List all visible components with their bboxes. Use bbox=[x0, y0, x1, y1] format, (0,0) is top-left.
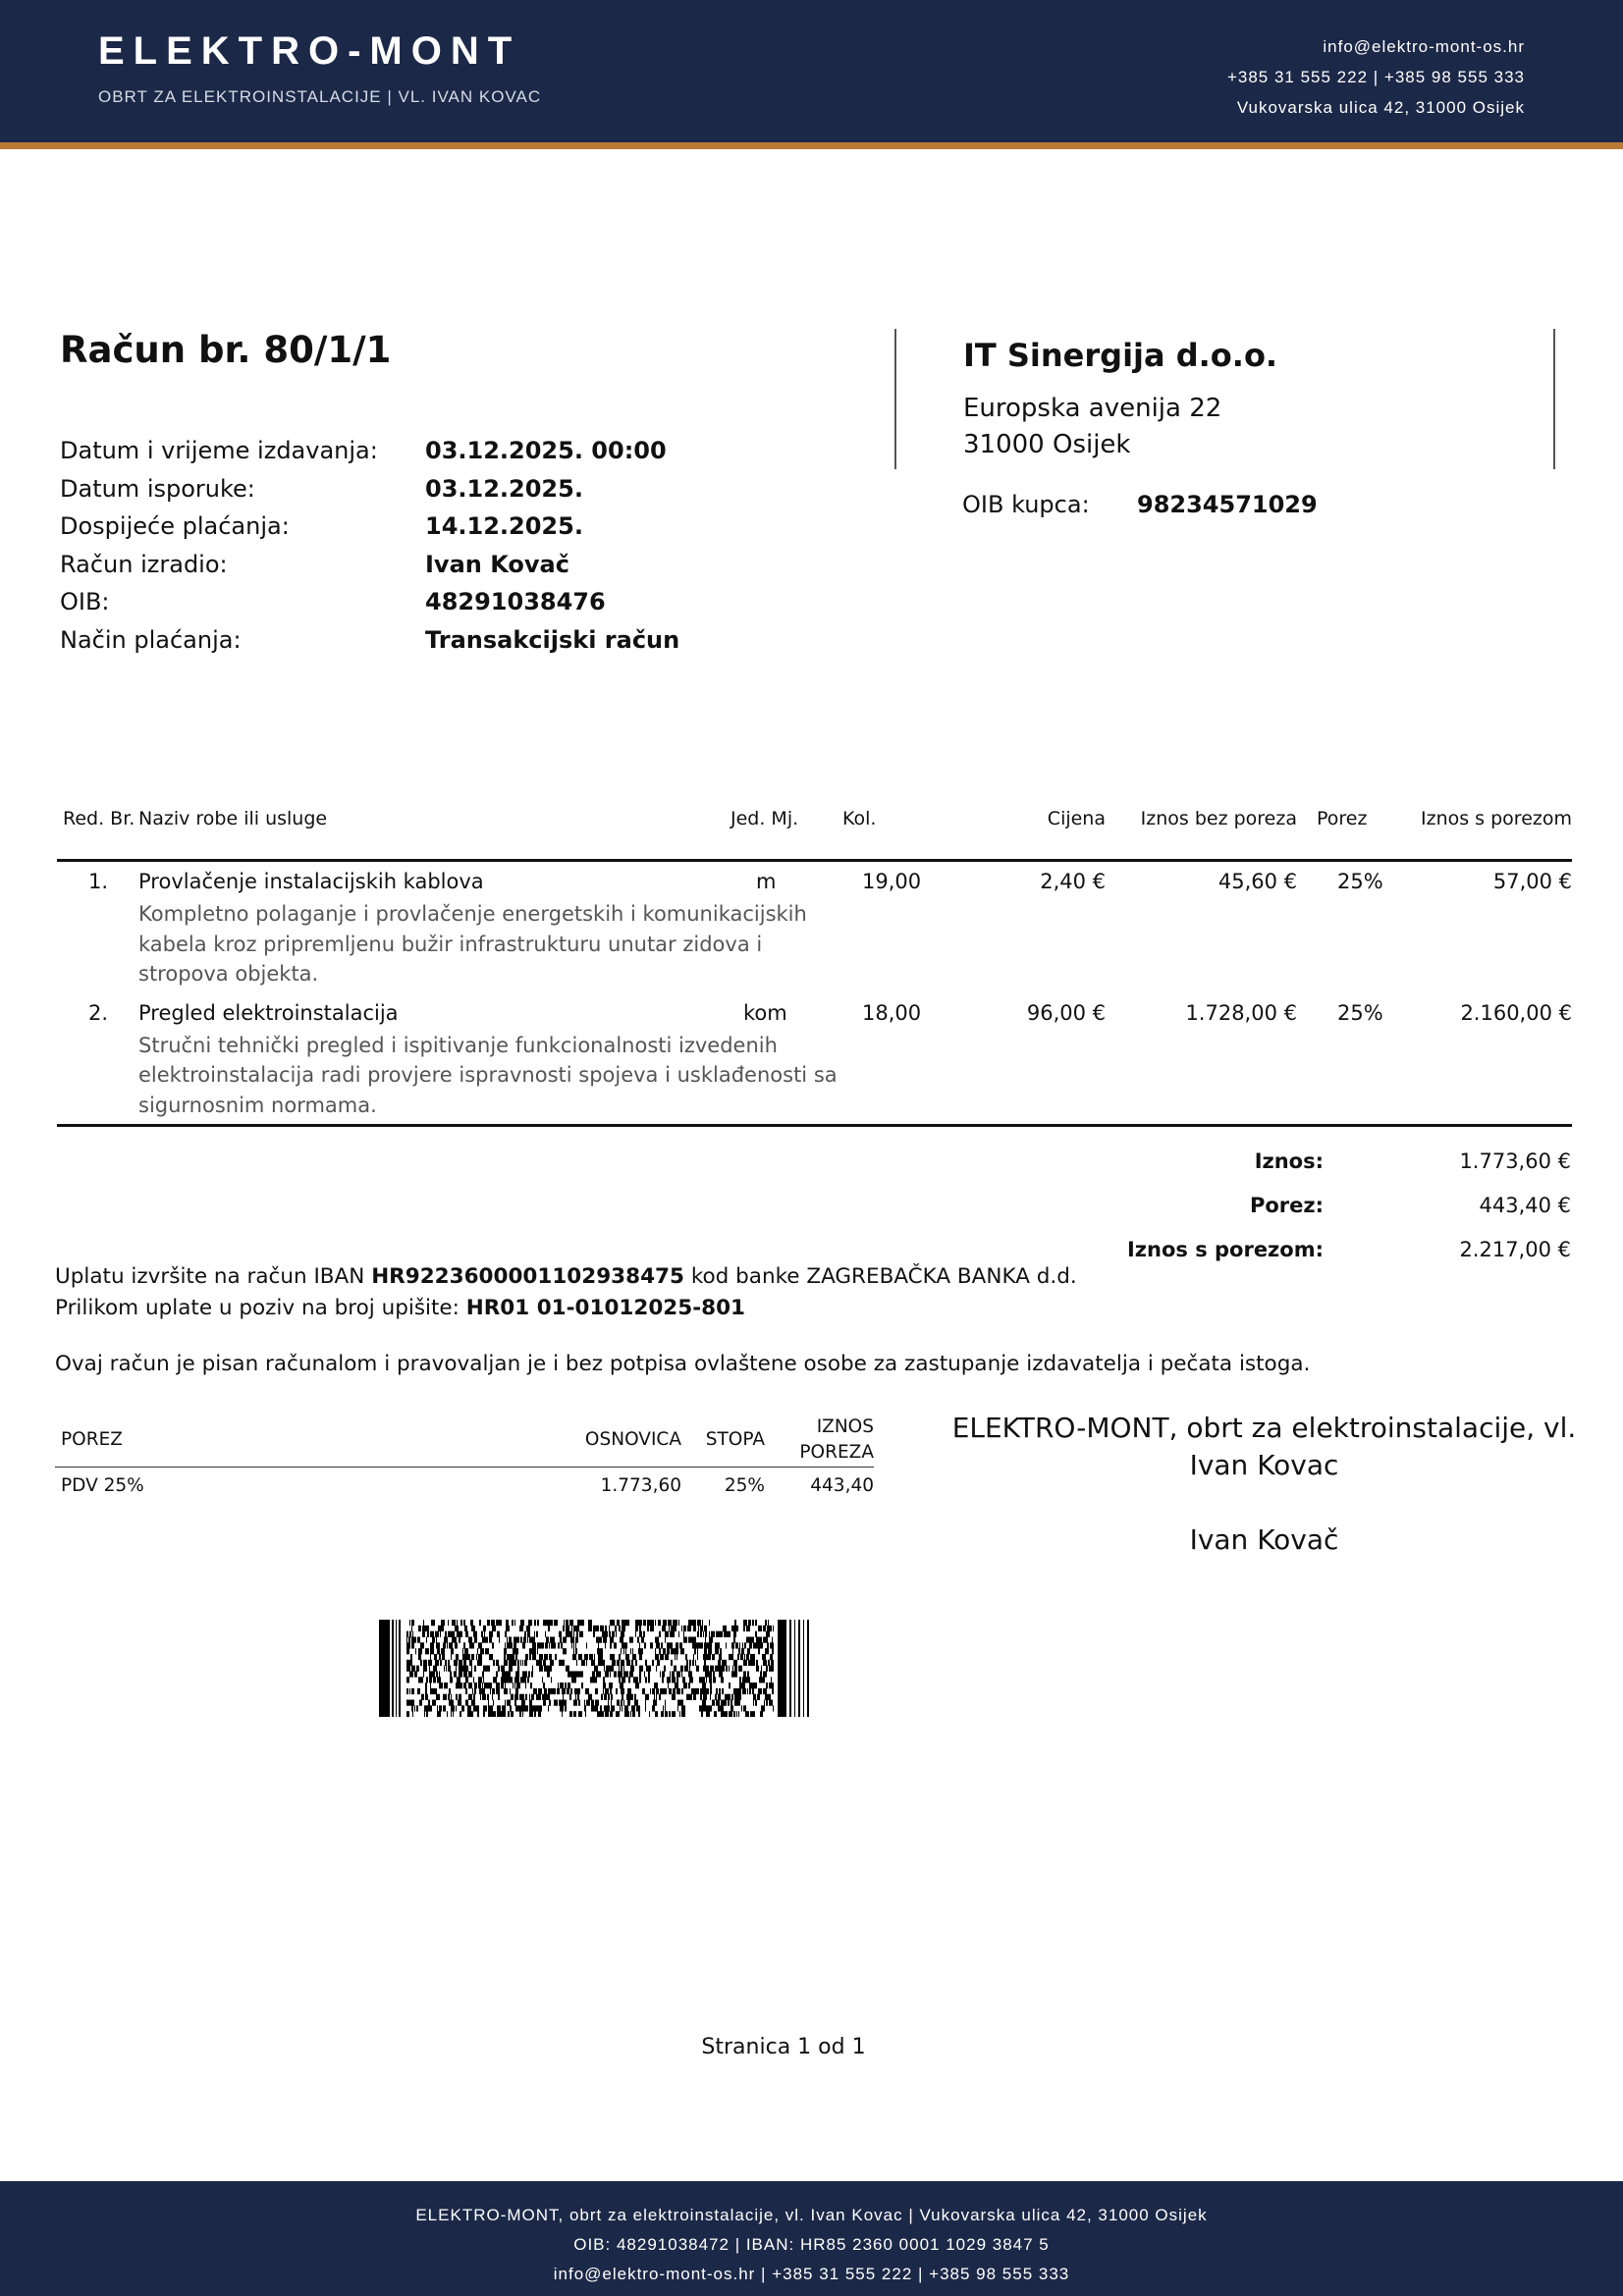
meta-row-oib: OIB: 48291038476 bbox=[60, 583, 679, 621]
meta-label: Račun izradio: bbox=[60, 546, 425, 584]
total-tax-label: Porez: bbox=[1080, 1194, 1324, 1217]
buyer-box: IT Sinergija d.o.o. Europska avenija 22 … bbox=[894, 329, 1555, 469]
table-row: 1. Provlačenje instalacijskih kablova m … bbox=[57, 870, 1572, 989]
item-net: 1.728,00 € bbox=[1185, 1001, 1297, 1025]
payment-iban-line: Uplatu izvršite na račun IBAN HR92236000… bbox=[55, 1261, 1077, 1293]
brand-subtitle: OBRT ZA ELEKTROINSTALACIJE | VL. IVAN KO… bbox=[98, 87, 541, 107]
item-price: 2,40 € bbox=[1040, 870, 1106, 893]
tax-col-header-amount-line1: IZNOS bbox=[799, 1415, 874, 1440]
total-tax-row: Porez: 443,40 € bbox=[1080, 1183, 1571, 1227]
table-bottom-rule bbox=[57, 1124, 1572, 1127]
brand-name: ELEKTRO-MONT bbox=[98, 29, 520, 74]
total-net-label: Iznos: bbox=[1080, 1149, 1324, 1173]
total-gross-row: Iznos s porezom: 2.217,00 € bbox=[1080, 1227, 1571, 1271]
item-net: 45,60 € bbox=[1218, 870, 1297, 893]
total-gross-label: Iznos s porezom: bbox=[1080, 1238, 1324, 1261]
meta-row-payment-method: Način plaćanja: Transakcijski račun bbox=[60, 621, 679, 660]
tax-col-header-base: OSNOVICA bbox=[585, 1429, 681, 1450]
header-email: info@elektro-mont-os.hr bbox=[1227, 31, 1525, 62]
tax-col-header-tax: POREZ bbox=[61, 1429, 123, 1450]
tax-rate: 25% bbox=[725, 1475, 765, 1496]
meta-value: 03.12.2025. bbox=[425, 470, 583, 508]
col-header-unit: Jed. Mj. bbox=[730, 808, 798, 829]
meta-value: Transakcijski račun bbox=[425, 621, 679, 660]
table-row: 2. Pregled elektroinstalacija kom 18,00 … bbox=[57, 1001, 1572, 1121]
signature-company-line2: Ivan Kovac bbox=[947, 1447, 1581, 1484]
footer-line1: ELEKTRO-MONT, obrt za elektroinstalacije… bbox=[0, 2201, 1623, 2230]
meta-value: 14.12.2025. bbox=[425, 507, 583, 546]
header-phones: +385 31 555 222 | +385 98 555 333 bbox=[1227, 62, 1525, 92]
item-tax: 25% bbox=[1337, 870, 1383, 893]
payment-instructions: Uplatu izvršite na račun IBAN HR92236000… bbox=[55, 1261, 1077, 1324]
tax-table-header: POREZ OSNOVICA STOPA IZNOS POREZA bbox=[55, 1412, 874, 1468]
invoice-meta: Datum i vrijeme izdavanja: 03.12.2025. 0… bbox=[60, 432, 679, 660]
buyer-oib-label: OIB kupca: bbox=[962, 491, 1137, 518]
tax-col-header-amount: IZNOS POREZA bbox=[799, 1415, 874, 1466]
totals: Iznos: 1.773,60 € Porez: 443,40 € Iznos … bbox=[1080, 1139, 1571, 1271]
meta-row-due-date: Dospijeće plaćanja: 14.12.2025. bbox=[60, 507, 679, 546]
buyer-address: Europska avenija 22 31000 Osijek bbox=[963, 391, 1221, 463]
meta-label: Datum i vrijeme izdavanja: bbox=[60, 432, 425, 470]
tax-name: PDV 25% bbox=[61, 1475, 144, 1496]
total-net-row: Iznos: 1.773,60 € bbox=[1080, 1139, 1571, 1183]
payment-reference: HR01 01-01012025-801 bbox=[466, 1296, 745, 1320]
item-no: 1. bbox=[88, 870, 108, 893]
tax-amount: 443,40 bbox=[810, 1475, 874, 1496]
item-price: 96,00 € bbox=[1027, 1001, 1106, 1025]
header-accent-line bbox=[0, 142, 1623, 149]
header-contact: info@elektro-mont-os.hr +385 31 555 222 … bbox=[1227, 31, 1525, 123]
legal-note: Ovaj račun je pisan računalom i pravoval… bbox=[55, 1352, 1310, 1376]
buyer-address-line1: Europska avenija 22 bbox=[963, 391, 1221, 427]
letterhead-band: ELEKTRO-MONT OBRT ZA ELEKTROINSTALACIJE … bbox=[0, 0, 1623, 142]
total-tax-value: 443,40 € bbox=[1324, 1194, 1571, 1217]
col-header-name: Naziv robe ili usluge bbox=[138, 808, 327, 829]
items-table: Red. Br. Naziv robe ili usluge Jed. Mj. … bbox=[57, 800, 1572, 1127]
item-gross: 2.160,00 € bbox=[1460, 1001, 1572, 1025]
invoice-title: Račun br. 80/1/1 bbox=[60, 329, 391, 371]
buyer-oib: OIB kupca: 98234571029 bbox=[962, 491, 1318, 518]
signature-company-line1: ELEKTRO-MONT, obrt za elektroinstalacije… bbox=[947, 1410, 1581, 1447]
meta-row-issue-date: Datum i vrijeme izdavanja: 03.12.2025. 0… bbox=[60, 432, 679, 470]
footer-line3: info@elektro-mont-os.hr | +385 31 555 22… bbox=[0, 2260, 1623, 2289]
items-table-header: Red. Br. Naziv robe ili usluge Jed. Mj. … bbox=[57, 800, 1572, 859]
page-number: Stranica 1 od 1 bbox=[0, 2035, 1567, 2059]
item-no: 2. bbox=[88, 1001, 108, 1025]
buyer-oib-value: 98234571029 bbox=[1137, 491, 1318, 518]
col-header-gross: Iznos s porezom bbox=[1421, 808, 1572, 829]
signature-block: ELEKTRO-MONT, obrt za elektroinstalacije… bbox=[947, 1410, 1581, 1559]
meta-value: Ivan Kovač bbox=[425, 546, 569, 584]
payment-reference-prefix: Prilikom uplate u poziv na broj upišite: bbox=[55, 1296, 466, 1320]
pdf417-barcode bbox=[379, 1620, 813, 1717]
col-header-no: Red. Br. bbox=[63, 808, 135, 829]
item-tax: 25% bbox=[1337, 1001, 1383, 1025]
payment-reference-line: Prilikom uplate u poziv na broj upišite:… bbox=[55, 1293, 1077, 1324]
payment-iban: HR9223600001102938475 bbox=[371, 1264, 684, 1289]
payment-bank: kod banke ZAGREBAČKA BANKA d.d. bbox=[684, 1264, 1077, 1289]
footer-line2: OIB: 48291038472 | IBAN: HR85 2360 0001 … bbox=[0, 2230, 1623, 2260]
buyer-address-line2: 31000 Osijek bbox=[963, 427, 1221, 463]
col-header-net: Iznos bez poreza bbox=[1141, 808, 1297, 829]
total-net-value: 1.773,60 € bbox=[1324, 1149, 1571, 1173]
tax-table-row: PDV 25% 1.773,60 25% 443,40 bbox=[55, 1468, 874, 1507]
col-header-qty: Kol. bbox=[842, 808, 876, 829]
payment-iban-prefix: Uplatu izvršite na račun IBAN bbox=[55, 1264, 371, 1289]
footer-band: ELEKTRO-MONT, obrt za elektroinstalacije… bbox=[0, 2181, 1623, 2296]
total-gross-value: 2.217,00 € bbox=[1324, 1238, 1571, 1261]
meta-value: 48291038476 bbox=[425, 583, 606, 621]
table-top-rule bbox=[57, 859, 1572, 862]
meta-label: Datum isporuke: bbox=[60, 470, 425, 508]
tax-base: 1.773,60 bbox=[601, 1475, 681, 1496]
col-header-price: Cijena bbox=[1048, 808, 1106, 829]
item-gross: 57,00 € bbox=[1493, 870, 1572, 893]
meta-row-delivery-date: Datum isporuke: 03.12.2025. bbox=[60, 470, 679, 508]
col-header-tax: Porez bbox=[1317, 808, 1367, 829]
signature-signer: Ivan Kovač bbox=[947, 1522, 1581, 1559]
item-description: Kompletno polaganje i provlačenje energe… bbox=[138, 870, 855, 989]
meta-label: Način plaćanja: bbox=[60, 621, 425, 660]
item-qty: 19,00 bbox=[862, 870, 921, 893]
tax-col-header-amount-line2: POREZA bbox=[799, 1440, 874, 1466]
meta-label: OIB: bbox=[60, 583, 425, 621]
meta-row-issued-by: Račun izradio: Ivan Kovač bbox=[60, 546, 679, 584]
header-address: Vukovarska ulica 42, 31000 Osijek bbox=[1227, 92, 1525, 123]
meta-label: Dospijeće plaćanja: bbox=[60, 507, 425, 546]
buyer-name: IT Sinergija d.o.o. bbox=[963, 337, 1277, 374]
item-description: Stručni tehnički pregled i ispitivanje f… bbox=[138, 1001, 855, 1121]
meta-value: 03.12.2025. 00:00 bbox=[425, 432, 667, 470]
tax-col-header-rate: STOPA bbox=[706, 1429, 765, 1450]
item-qty: 18,00 bbox=[862, 1001, 921, 1025]
tax-summary-table: POREZ OSNOVICA STOPA IZNOS POREZA PDV 25… bbox=[55, 1412, 874, 1507]
